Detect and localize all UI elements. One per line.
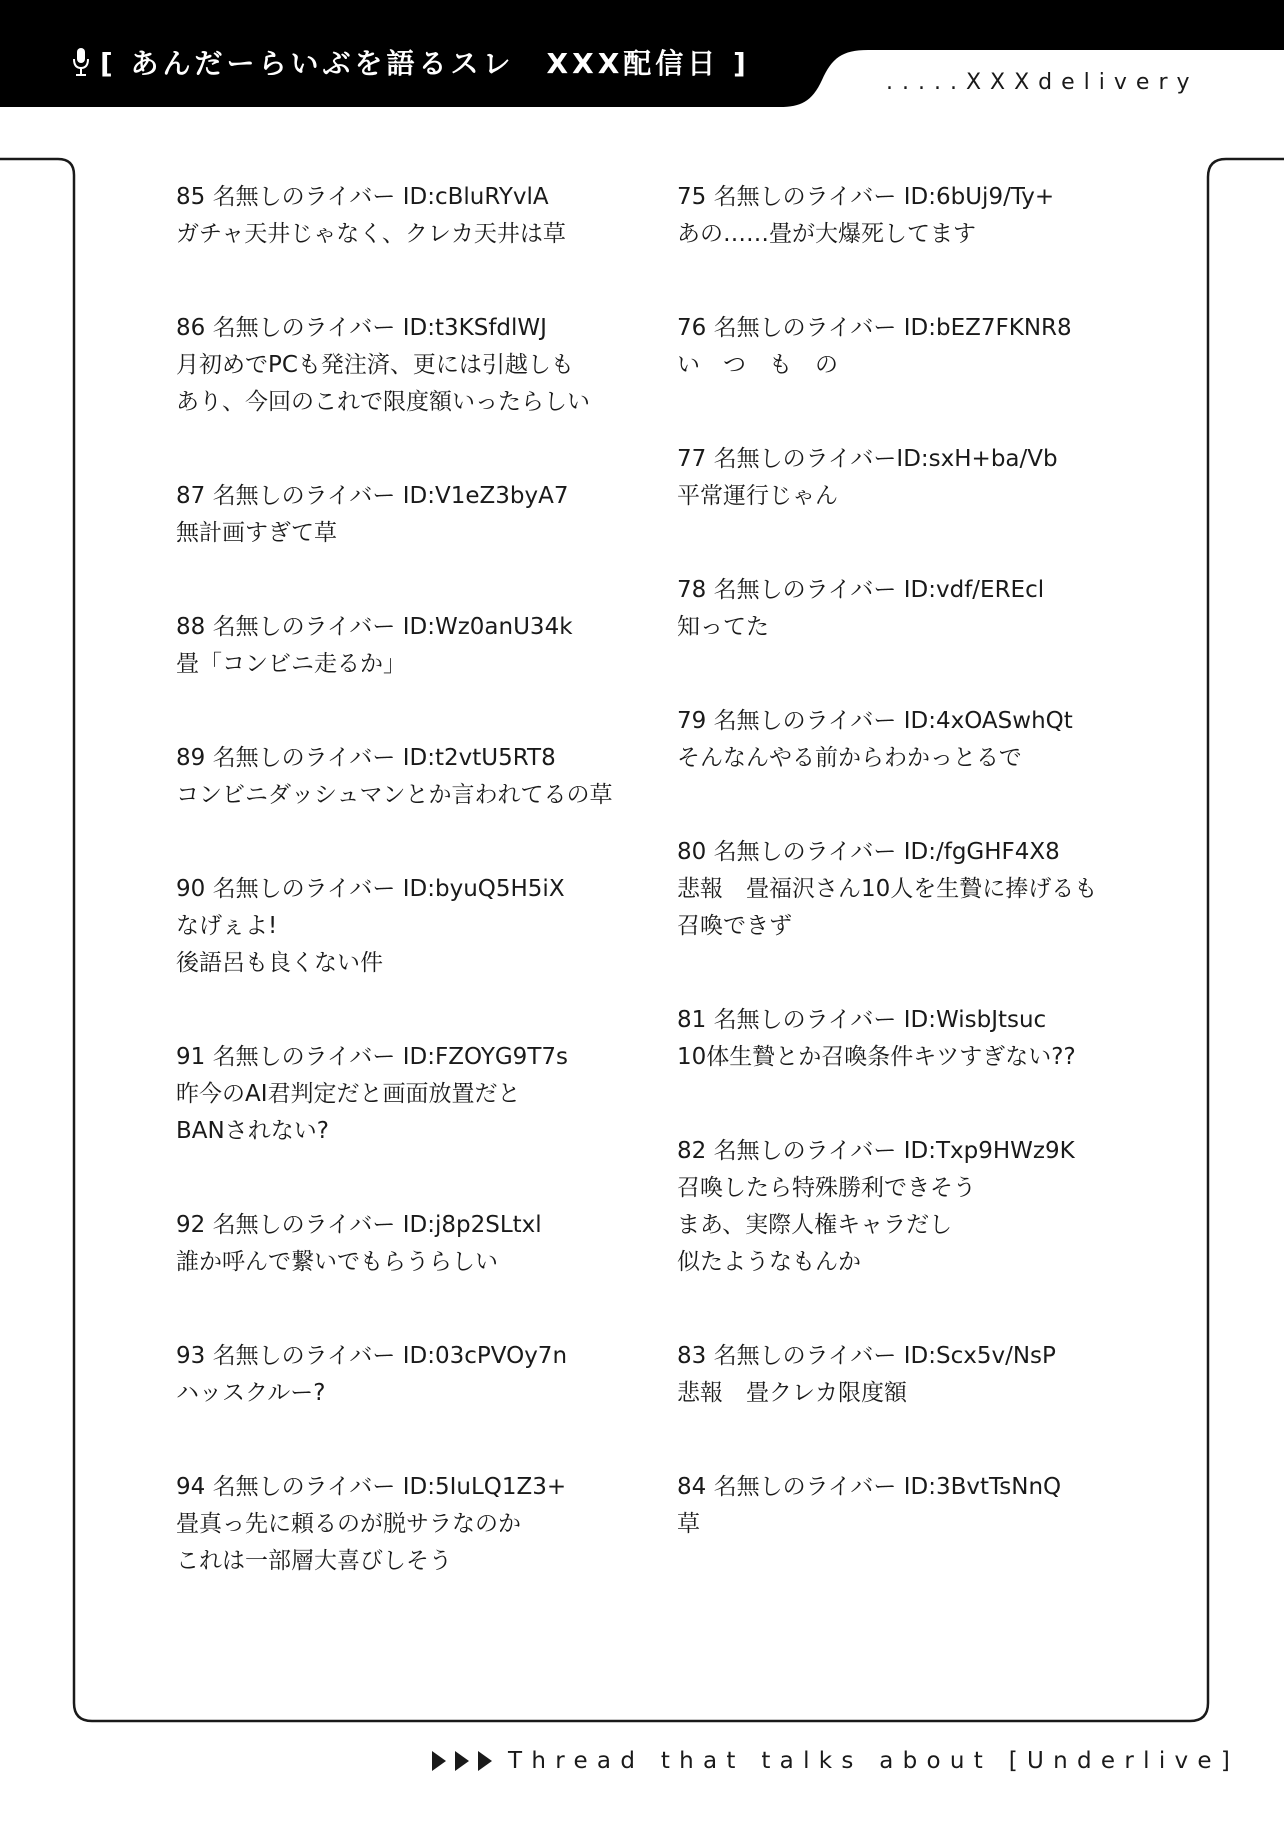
post-header: 93 名無しのライバー ID:03cPVOy7n: [176, 1338, 616, 1375]
post-header: 85 名無しのライバー ID:cBluRYvlA: [176, 179, 616, 216]
post-body-line: コンビニダッシュマンとか言われてるの草: [176, 777, 616, 814]
microphone-icon: [72, 47, 90, 77]
play-arrow-icon: [455, 1751, 469, 1771]
post-header: 88 名無しのライバー ID:Wz0anU34k: [176, 609, 616, 646]
post-86: 86 名無しのライバー ID:t3KSfdlWJ 月初めでPCも発注済、更には引…: [176, 310, 616, 421]
post-body-line: 悲報 畳福沢さん10人を生贄に捧げるも: [677, 871, 1117, 908]
post-body-line: 知ってた: [677, 609, 1117, 646]
post-body-line: 平常運行じゃん: [677, 478, 1117, 515]
footer: Thread that talks about [Underlive]: [432, 1744, 1239, 1778]
post-body-line: 召喚できず: [677, 908, 1117, 945]
post-body-line: 畳真っ先に頼るのが脱サラなのか: [176, 1506, 616, 1543]
post-body-line: 後語呂も良くない件: [176, 945, 616, 982]
play-arrow-icon: [478, 1751, 492, 1771]
footer-caption: Thread that talks about [Underlive]: [508, 1748, 1239, 1774]
post-body-line: これは一部層大喜びしそう: [176, 1543, 616, 1580]
header-subtitle: .....XXXdelivery: [886, 70, 1199, 95]
post-88: 88 名無しのライバー ID:Wz0anU34k 畳「コンビニ走るか」: [176, 609, 616, 683]
post-body-line: 昨今のAI君判定だと画面放置だと: [176, 1076, 616, 1113]
post-header: 82 名無しのライバー ID:Txp9HWz9K: [677, 1133, 1117, 1170]
post-header: 83 名無しのライバー ID:Scx5v/NsP: [677, 1338, 1117, 1375]
post-header: 75 名無しのライバー ID:6bUj9/Ty+: [677, 179, 1117, 216]
post-body-line: 畳「コンビニ走るか」: [176, 646, 616, 683]
post-87: 87 名無しのライバー ID:V1eZ3byA7 無計画すぎて草: [176, 478, 616, 552]
post-91: 91 名無しのライバー ID:FZOYG9T7s 昨今のAI君判定だと画面放置だ…: [176, 1039, 616, 1150]
thread-column-left: 85 名無しのライバー ID:cBluRYvlA ガチャ天井じゃなく、クレカ天井…: [176, 179, 616, 1637]
post-header: 81 名無しのライバー ID:WisbJtsuc: [677, 1002, 1117, 1039]
post-75: 75 名無しのライバー ID:6bUj9/Ty+ あの……畳が大爆死してます: [677, 179, 1117, 253]
post-body-line: ガチャ天井じゃなく、クレカ天井は草: [176, 216, 616, 253]
post-header: 84 名無しのライバー ID:3BvtTsNnQ: [677, 1469, 1117, 1506]
page-title: [ あんだーらいぶを語るスレ XXX配信日 ]: [100, 42, 750, 82]
post-body-line: そんなんやる前からわかっとるで: [677, 740, 1117, 777]
play-arrow-icon: [432, 1751, 446, 1771]
post-77: 77 名無しのライバーID:sxH+ba/Vb 平常運行じゃん: [677, 441, 1117, 515]
post-79: 79 名無しのライバー ID:4xOASwhQt そんなんやる前からわかっとるで: [677, 703, 1117, 777]
post-header: 86 名無しのライバー ID:t3KSfdlWJ: [176, 310, 616, 347]
post-76: 76 名無しのライバー ID:bEZ7FKNR8 い つ も の: [677, 310, 1117, 384]
post-body-line: 悲報 畳クレカ限度額: [677, 1375, 1117, 1412]
post-body-line: 月初めでPCも発注済、更には引越しも: [176, 347, 616, 384]
header-title-group: [ あんだーらいぶを語るスレ XXX配信日 ]: [72, 40, 750, 84]
post-header: 89 名無しのライバー ID:t2vtU5RT8: [176, 740, 616, 777]
post-83: 83 名無しのライバー ID:Scx5v/NsP 悲報 畳クレカ限度額: [677, 1338, 1117, 1412]
post-body-line: ハッスクルー?: [176, 1375, 616, 1412]
post-94: 94 名無しのライバー ID:5IuLQ1Z3+ 畳真っ先に頼るのが脱サラなのか…: [176, 1469, 616, 1580]
post-header: 77 名無しのライバーID:sxH+ba/Vb: [677, 441, 1117, 478]
post-body-line: 無計画すぎて草: [176, 515, 616, 552]
post-body-line: 草: [677, 1506, 1117, 1543]
post-82: 82 名無しのライバー ID:Txp9HWz9K 召喚したら特殊勝利できそう ま…: [677, 1133, 1117, 1281]
post-body-line: なげぇよ!: [176, 908, 616, 945]
post-header: 94 名無しのライバー ID:5IuLQ1Z3+: [176, 1469, 616, 1506]
post-body-line: 10体生贄とか召喚条件キツすぎない??: [677, 1039, 1117, 1076]
post-78: 78 名無しのライバー ID:vdf/EREcl 知ってた: [677, 572, 1117, 646]
post-80: 80 名無しのライバー ID:/fgGHF4X8 悲報 畳福沢さん10人を生贄に…: [677, 834, 1117, 945]
post-header: 87 名無しのライバー ID:V1eZ3byA7: [176, 478, 616, 515]
post-header: 76 名無しのライバー ID:bEZ7FKNR8: [677, 310, 1117, 347]
triple-play-arrow-icon: [432, 1751, 492, 1771]
post-header: 79 名無しのライバー ID:4xOASwhQt: [677, 703, 1117, 740]
post-body-line: 似たようなもんか: [677, 1244, 1117, 1281]
post-body-line: BANされない?: [176, 1113, 616, 1150]
post-body-line: あの……畳が大爆死してます: [677, 216, 1117, 253]
post-81: 81 名無しのライバー ID:WisbJtsuc 10体生贄とか召喚条件キツすぎ…: [677, 1002, 1117, 1076]
post-90: 90 名無しのライバー ID:byuQ5H5iX なげぇよ! 後語呂も良くない件: [176, 871, 616, 982]
post-body-line: まあ、実際人権キャラだし: [677, 1207, 1117, 1244]
post-body-line: 召喚したら特殊勝利できそう: [677, 1170, 1117, 1207]
post-body-line: 誰か呼んで繋いでもらうらしい: [176, 1244, 616, 1281]
post-header: 92 名無しのライバー ID:j8p2SLtxl: [176, 1207, 616, 1244]
post-header: 78 名無しのライバー ID:vdf/EREcl: [677, 572, 1117, 609]
post-header: 90 名無しのライバー ID:byuQ5H5iX: [176, 871, 616, 908]
post-92: 92 名無しのライバー ID:j8p2SLtxl 誰か呼んで繋いでもらうらしい: [176, 1207, 616, 1281]
post-93: 93 名無しのライバー ID:03cPVOy7n ハッスクルー?: [176, 1338, 616, 1412]
post-body-line: あり、今回のこれで限度額いったらしい: [176, 384, 616, 421]
post-header: 80 名無しのライバー ID:/fgGHF4X8: [677, 834, 1117, 871]
post-header: 91 名無しのライバー ID:FZOYG9T7s: [176, 1039, 616, 1076]
post-84: 84 名無しのライバー ID:3BvtTsNnQ 草: [677, 1469, 1117, 1543]
thread-column-right: 75 名無しのライバー ID:6bUj9/Ty+ あの……畳が大爆死してます 7…: [677, 179, 1117, 1600]
post-89: 89 名無しのライバー ID:t2vtU5RT8 コンビニダッシュマンとか言われ…: [176, 740, 616, 814]
post-85: 85 名無しのライバー ID:cBluRYvlA ガチャ天井じゃなく、クレカ天井…: [176, 179, 616, 253]
post-body-line: い つ も の: [677, 347, 1117, 384]
